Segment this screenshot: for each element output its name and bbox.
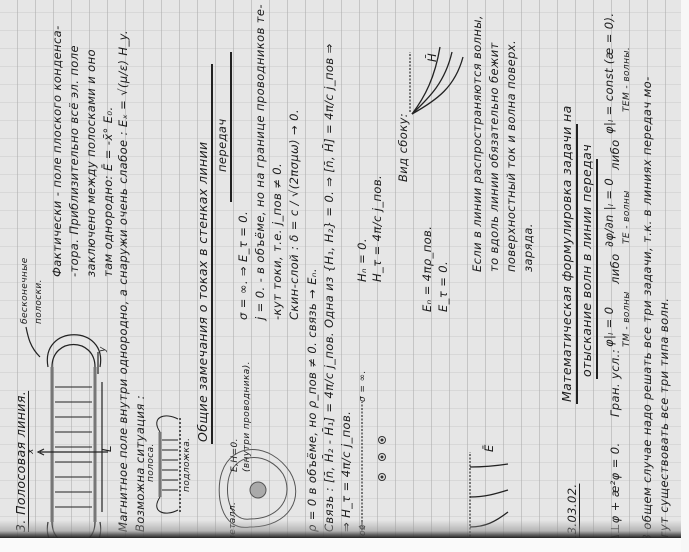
math-section-title-2: отыскание волн в линии передач bbox=[580, 144, 594, 377]
e-field-label: Ē bbox=[482, 444, 496, 452]
bc-te: ∂φ/∂n |ₗ = 0 bbox=[602, 178, 616, 247]
surface-note-3: поверхностный ток и волна поверх. bbox=[504, 40, 518, 272]
bc-tm-label: TM - волны bbox=[620, 291, 634, 347]
math-section-title-1: Математическая формулировка задачи на bbox=[560, 105, 574, 402]
math-title-underline bbox=[576, 124, 578, 404]
scan-shadow-edge bbox=[0, 520, 689, 538]
scan-bottom-margin bbox=[0, 538, 689, 552]
bc-tm: φ|ₗ = 0 bbox=[602, 307, 616, 347]
bc-tem-label: TEM - волны. bbox=[620, 47, 634, 112]
surface-note-2: то вдоль линии обязательно бежит bbox=[487, 42, 501, 272]
conclusion-line-2: -гут существовать все три типа волн. bbox=[657, 298, 671, 542]
scanned-page: 3. Полосовая линия. bbox=[0, 0, 689, 552]
bc-te-label: TE - волны bbox=[620, 190, 634, 244]
scan-right-margin bbox=[681, 0, 689, 552]
surface-note-1: Если в линии распространяются волны, bbox=[470, 15, 484, 272]
bc-te-prefix: либо bbox=[608, 253, 622, 284]
h-field-label: H̄ bbox=[425, 53, 439, 62]
boundary-conditions-label: Гран. усл.: bbox=[608, 349, 622, 417]
bc-tem: φ|ₗ = const (æ = 0). bbox=[602, 13, 616, 134]
rotated-notebook-page: 3. Полосовая линия. bbox=[0, 0, 689, 552]
math-title-underline-2 bbox=[596, 159, 598, 379]
surface-current-diagram bbox=[0, 0, 460, 552]
surface-note-4: заряда. bbox=[521, 223, 535, 272]
bc-tem-prefix: либо bbox=[608, 139, 622, 170]
conclusion-line-1: В общем случае надо решать все три задач… bbox=[640, 76, 654, 542]
